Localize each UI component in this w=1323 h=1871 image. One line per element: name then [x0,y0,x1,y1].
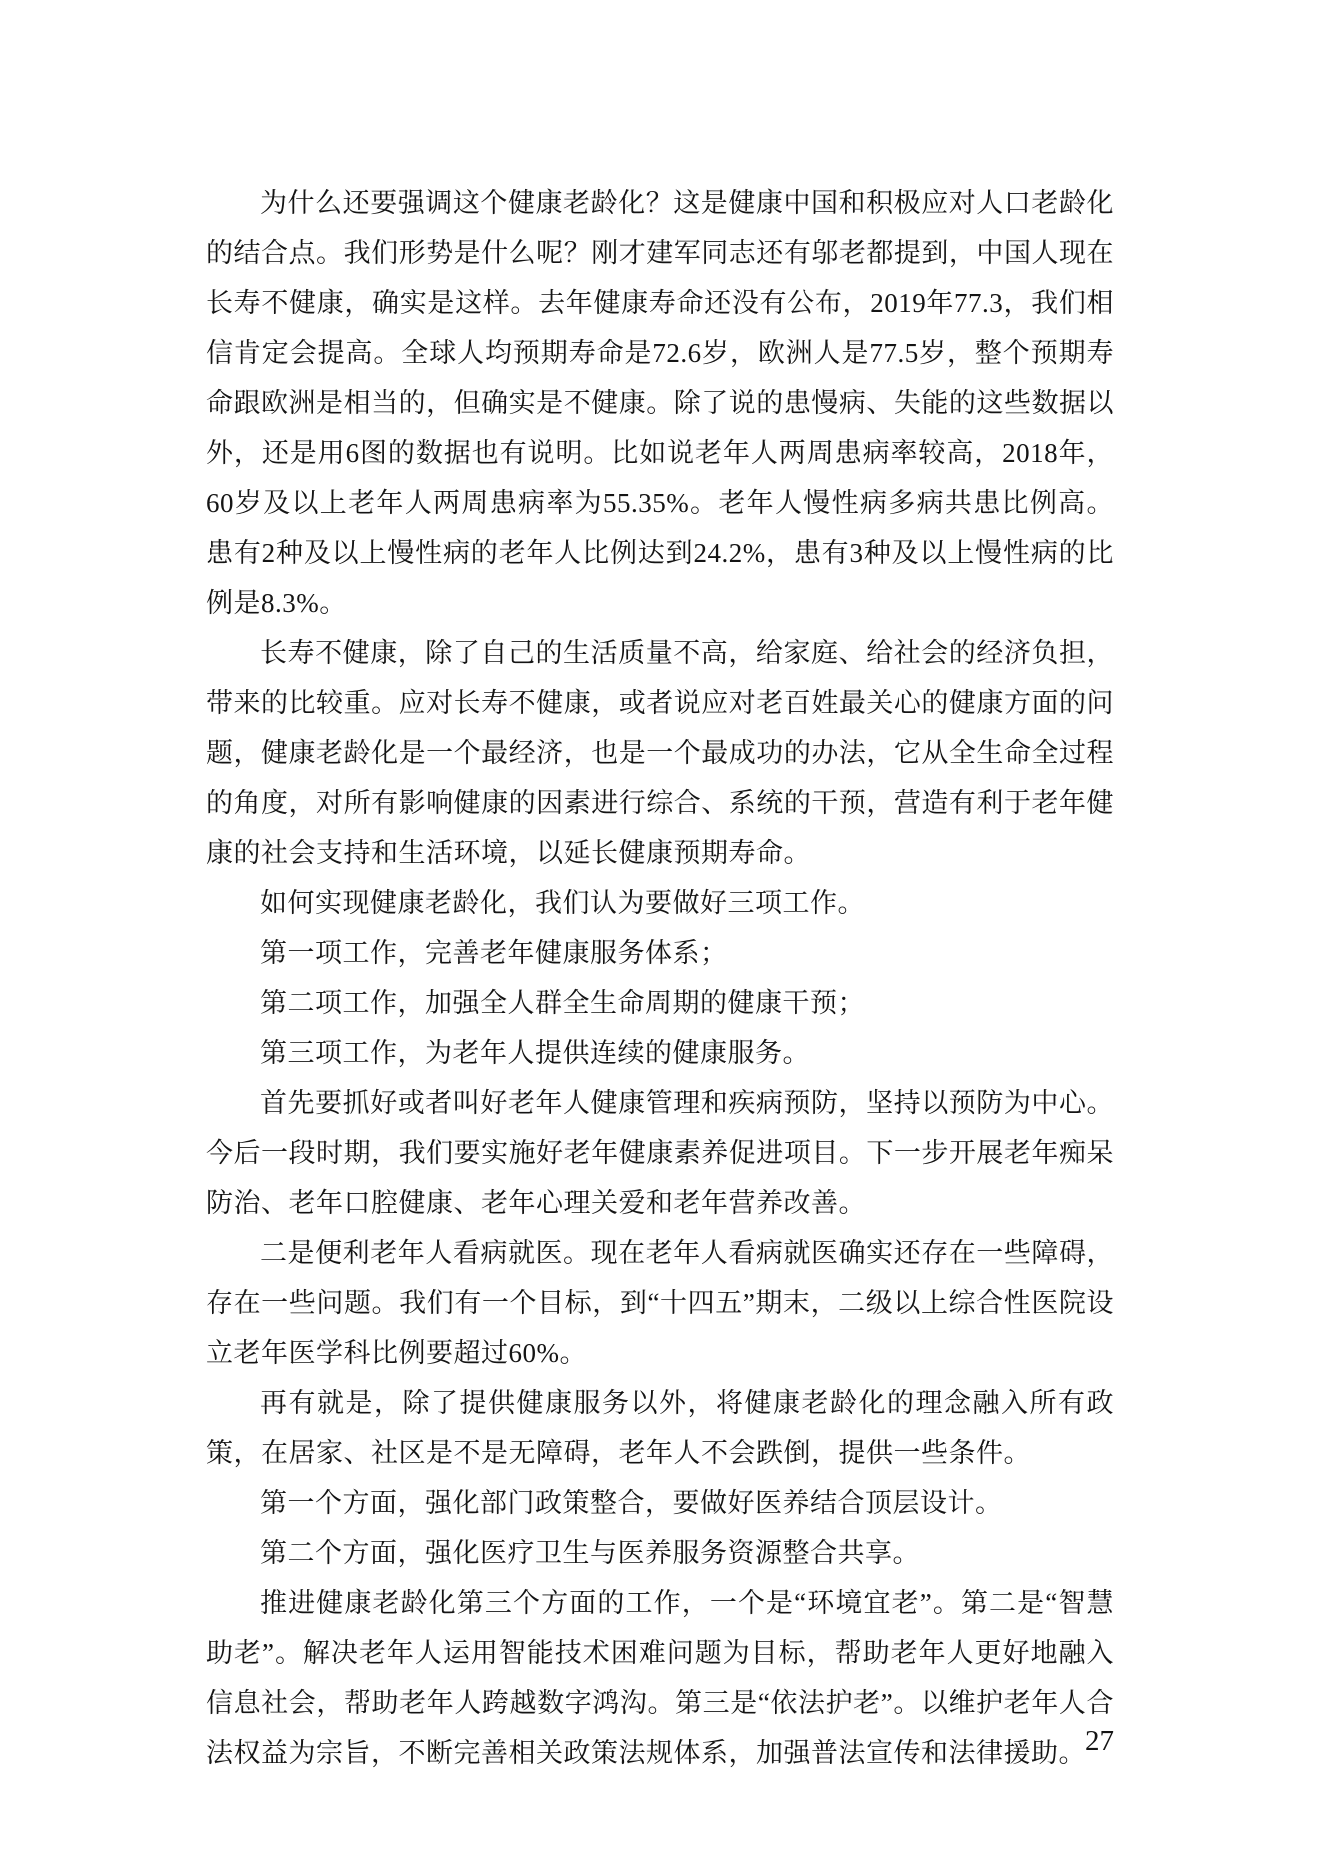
paragraph: 二是便利老年人看病就医。现在老年人看病就医确实还存在一些障碍，存在一些问题。我们… [206,1228,1114,1378]
paragraph: 第一个方面，强化部门政策整合，要做好医养结合顶层设计。 [206,1478,1114,1528]
document-body: 为什么还要强调这个健康老龄化？这是健康中国和积极应对人口老龄化的结合点。我们形势… [206,178,1114,1778]
document-page: 为什么还要强调这个健康老龄化？这是健康中国和积极应对人口老龄化的结合点。我们形势… [0,0,1323,1871]
paragraph: 如何实现健康老龄化，我们认为要做好三项工作。 [206,878,1114,928]
paragraph: 再有就是，除了提供健康服务以外，将健康老龄化的理念融入所有政策，在居家、社区是不… [206,1378,1114,1478]
paragraph: 第三项工作，为老年人提供连续的健康服务。 [206,1028,1114,1078]
paragraph: 第二项工作，加强全人群全生命周期的健康干预； [206,978,1114,1028]
paragraph: 第一项工作，完善老年健康服务体系； [206,928,1114,978]
paragraph: 长寿不健康，除了自己的生活质量不高，给家庭、给社会的经济负担，带来的比较重。应对… [206,628,1114,878]
page-number: 27 [206,1724,1114,1758]
paragraph: 为什么还要强调这个健康老龄化？这是健康中国和积极应对人口老龄化的结合点。我们形势… [206,178,1114,628]
paragraph: 第二个方面，强化医疗卫生与医养服务资源整合共享。 [206,1528,1114,1578]
paragraph: 首先要抓好或者叫好老年人健康管理和疾病预防，坚持以预防为中心。今后一段时期，我们… [206,1078,1114,1228]
